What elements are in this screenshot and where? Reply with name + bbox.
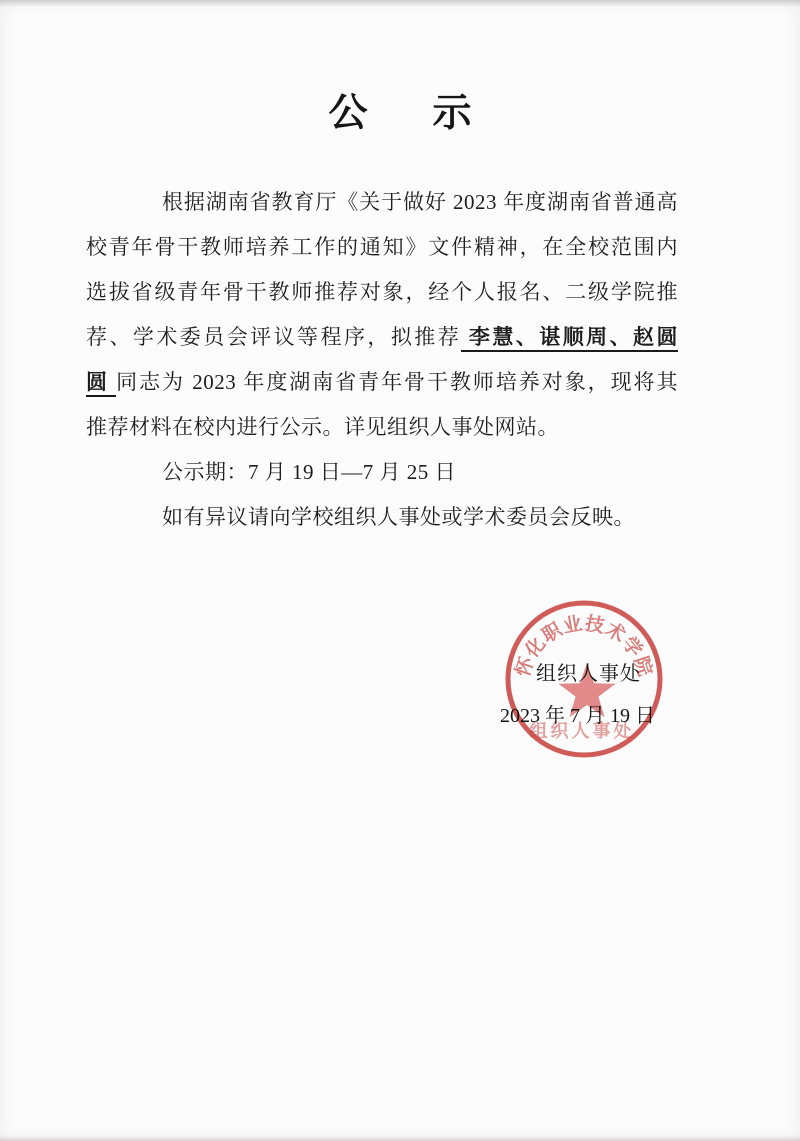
paper-edge-top <box>0 0 800 7</box>
body-line-6: 推荐材料在校内进行公示。详见组织人事处网站。 <box>86 405 678 450</box>
body-line-2: 校青年骨干教师培养工作的通知》文件精神，在全校范围内 <box>86 225 678 270</box>
title-char-2: 示 <box>433 82 472 138</box>
candidate-names-continued: 圆 <box>86 370 116 397</box>
contact-text: 如有异议请向学校组织人事处或学术委员会反映。 <box>162 505 635 529</box>
body-text: 荐、学术委员会评议等程序，拟推荐 <box>86 325 461 349</box>
announcement-title: 公 示 <box>0 82 800 138</box>
seal-star-icon <box>559 663 616 717</box>
publicity-period-line: 公示期：7 月 19 日—7 月 25 日 <box>86 450 678 495</box>
contact-line: 如有异议请向学校组织人事处或学术委员会反映。 <box>86 495 678 540</box>
body-text: 同志为 2023 年度湖南省青年骨干教师培养对象，现将其 <box>116 370 678 394</box>
body-line-4: 荐、学术委员会评议等程序，拟推荐 李慧、谌顺周、赵圆 <box>86 315 678 360</box>
body-text: 根据湖南省教育厅《关于做好 2023 年度湖南省普通高 <box>162 190 678 214</box>
title-char-1: 公 <box>328 82 367 138</box>
publicity-period-text: 公示期：7 月 19 日—7 月 25 日 <box>162 460 456 484</box>
body-text: 选拔省级青年骨干教师推荐对象，经个人报名、二级学院推 <box>86 280 678 304</box>
candidate-names: 李慧、谌顺周、赵圆 <box>461 325 678 352</box>
body-line-5: 圆 同志为 2023 年度湖南省青年骨干教师培养对象，现将其 <box>86 360 678 405</box>
announcement-body: 根据湖南省教育厅《关于做好 2023 年度湖南省普通高 校青年骨干教师培养工作的… <box>86 180 678 540</box>
announcement-page: 公 示 根据湖南省教育厅《关于做好 2023 年度湖南省普通高 校青年骨干教师培… <box>0 0 800 1141</box>
body-line-1: 根据湖南省教育厅《关于做好 2023 年度湖南省普通高 <box>86 180 678 225</box>
seal-bottom-text: 组织人事处 <box>530 720 635 741</box>
paper-edge-bottom <box>0 1136 800 1141</box>
official-seal: 怀化职业技术学院 组织人事处 <box>494 589 674 769</box>
body-text: 校青年骨干教师培养工作的通知》文件精神，在全校范围内 <box>86 235 678 259</box>
body-text: 推荐材料在校内进行公示。详见组织人事处网站。 <box>86 415 559 439</box>
body-line-3: 选拔省级青年骨干教师推荐对象，经个人报名、二级学院推 <box>86 270 678 315</box>
